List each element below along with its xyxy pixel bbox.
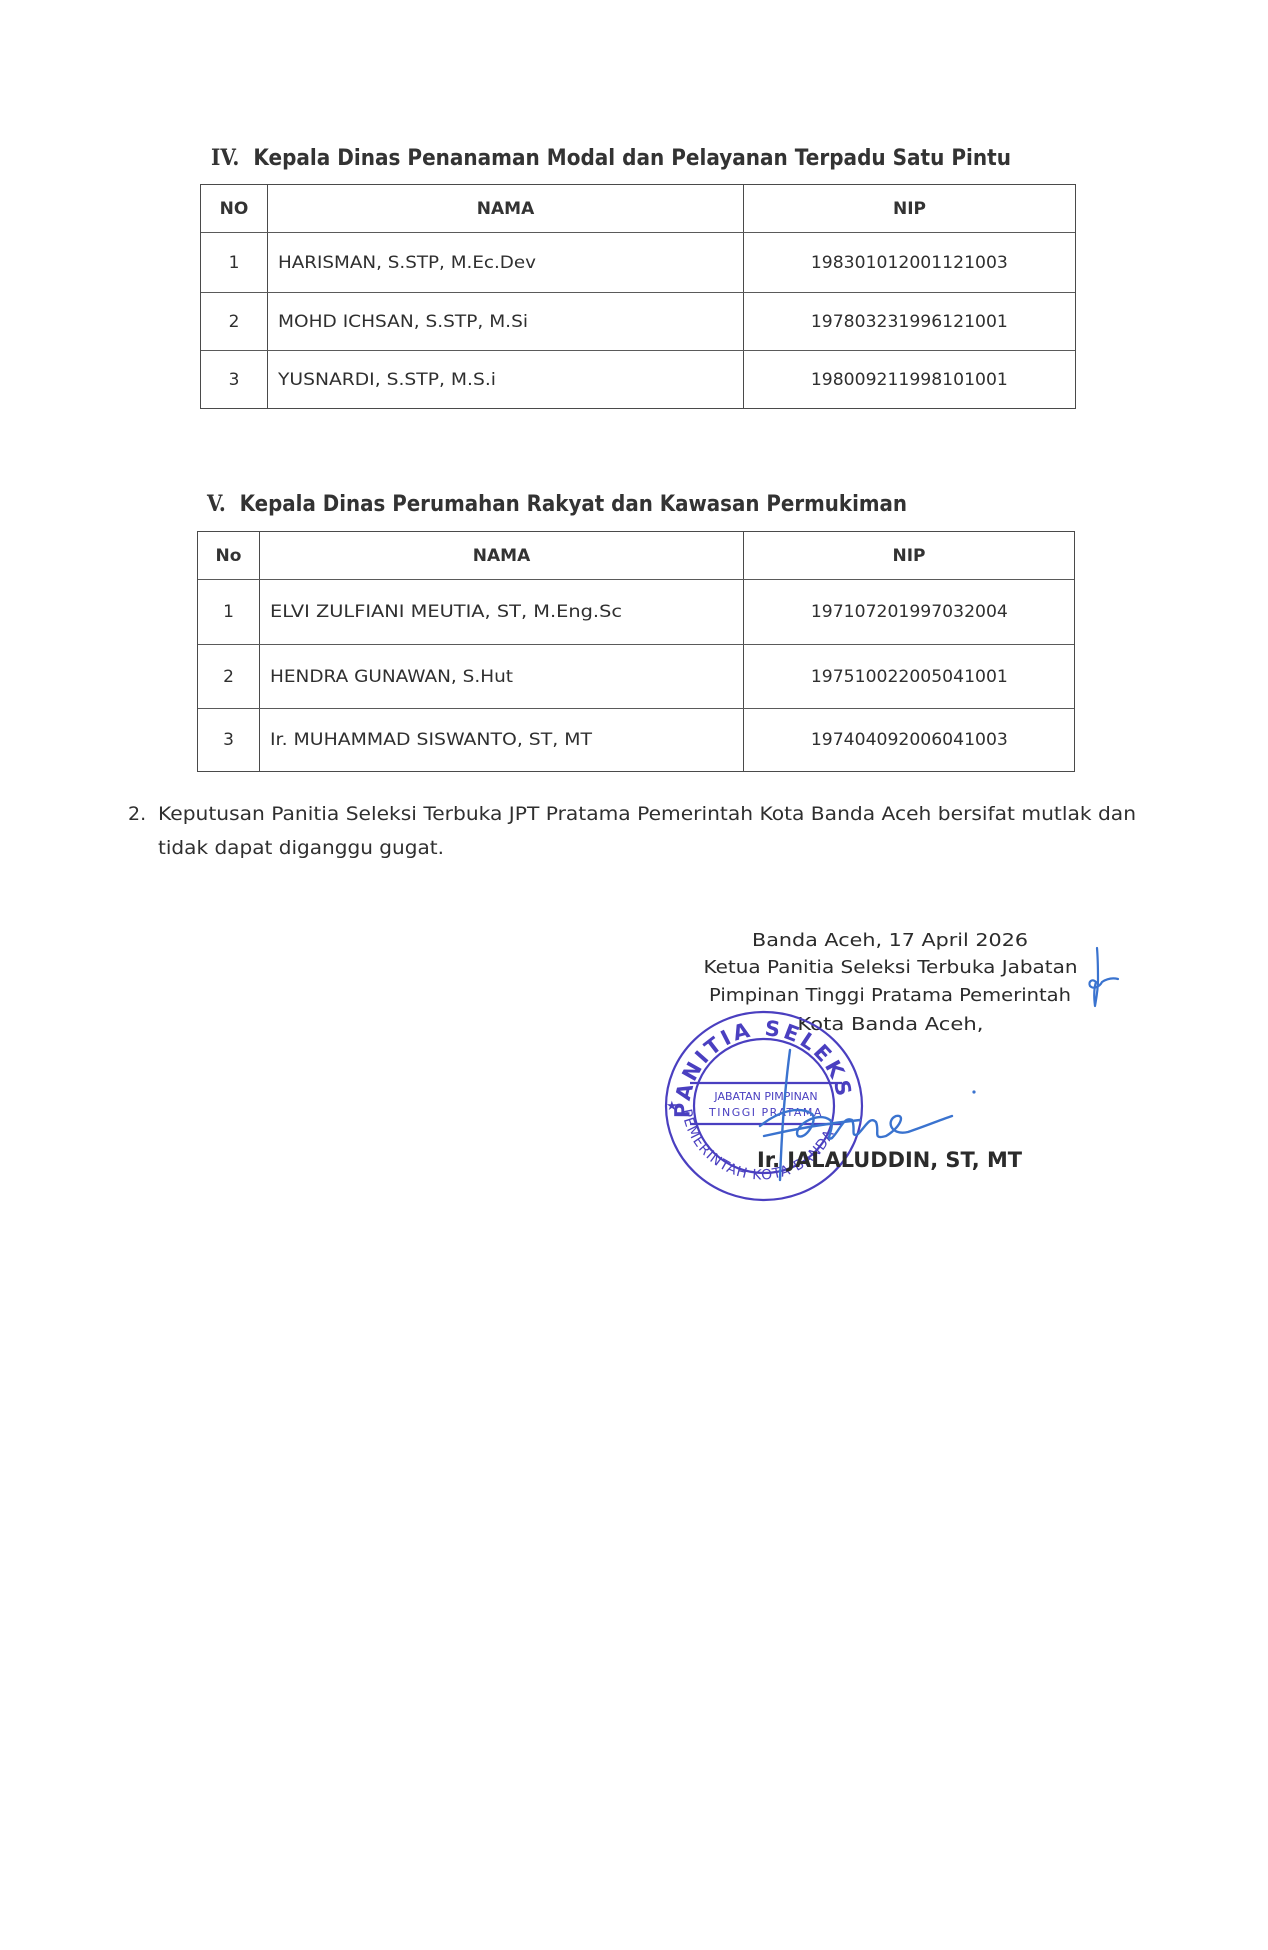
section-number: IV. [211, 145, 239, 171]
table-row: 3 Ir. MUHAMMAD SISWANTO, ST, MT 19740409… [198, 708, 1074, 771]
row-name: ELVI ZULFIANI MEUTIA, ST, M.Eng.Sc [259, 580, 743, 644]
row-nip: 197107201997032004 [743, 580, 1074, 644]
row-nip: 197404092006041003 [743, 709, 1074, 771]
table-row: 3 YUSNARDI, S.STP, M.S.i 198009211998101… [201, 350, 1075, 408]
signature-title-line-2: Pimpinan Tinggi Pratama Pemerintah [700, 985, 1080, 1006]
row-name: YUSNARDI, S.STP, M.S.i [267, 351, 743, 408]
signature-title-line-1: Ketua Panitia Seleksi Terbuka Jabatan [700, 957, 1080, 978]
section-title: Kepala Dinas Perumahan Rakyat dan Kawasa… [240, 492, 907, 517]
row-nip: 198009211998101001 [743, 351, 1075, 408]
paraf-initial-mark [1086, 946, 1120, 1008]
section-iv-heading: IV. Kepala Dinas Penanaman Modal dan Pel… [211, 145, 1090, 172]
row-name: HENDRA GUNAWAN, S.Hut [259, 645, 743, 708]
table-row: 1 ELVI ZULFIANI MEUTIA, ST, M.Eng.Sc 197… [198, 579, 1074, 644]
table-section-iv: NO NAMA NIP 1 HARISMAN, S.STP, M.Ec.Dev … [200, 184, 1076, 409]
column-header-nip: NIP [743, 532, 1074, 579]
row-no: 3 [201, 351, 267, 408]
section-title: Kepala Dinas Penanaman Modal dan Pelayan… [253, 146, 1011, 171]
table-header-row: No NAMA NIP [198, 532, 1074, 579]
row-nip: 198301012001121003 [743, 233, 1075, 292]
point-2-line-1: Keputusan Panitia Seleksi Terbuka JPT Pr… [158, 803, 1077, 825]
column-header-nama: NAMA [259, 532, 743, 579]
column-header-nama: NAMA [267, 185, 743, 232]
row-name: HARISMAN, S.STP, M.Ec.Dev [267, 233, 743, 292]
row-no: 3 [198, 709, 259, 771]
section-v-heading: V. Kepala Dinas Perumahan Rakyat dan Kaw… [207, 491, 984, 518]
table-section-v: No NAMA NIP 1 ELVI ZULFIANI MEUTIA, ST, … [197, 531, 1075, 772]
row-no: 2 [201, 293, 267, 350]
row-nip: 197803231996121001 [743, 293, 1075, 350]
row-no: 2 [198, 645, 259, 708]
row-no: 1 [201, 233, 267, 292]
row-no: 1 [198, 580, 259, 644]
point-2-number: 2. [128, 803, 146, 825]
signature-place-date: Banda Aceh, 17 April 2026 [700, 930, 1080, 951]
section-number: V. [207, 491, 226, 517]
table-row: 2 MOHD ICHSAN, S.STP, M.Si 1978032319961… [201, 292, 1075, 350]
row-name: Ir. MUHAMMAD SISWANTO, ST, MT [259, 709, 743, 771]
row-nip: 197510022005041001 [743, 645, 1074, 708]
table-row: 2 HENDRA GUNAWAN, S.Hut 1975100220050410… [198, 644, 1074, 708]
point-2-line-2: tidak dapat diganggu gugat. [158, 837, 429, 859]
star-icon: ★ [666, 1099, 678, 1114]
column-header-nip: NIP [743, 185, 1075, 232]
handwritten-signature [720, 1040, 980, 1190]
row-name: MOHD ICHSAN, S.STP, M.Si [267, 293, 743, 350]
column-header-no: NO [201, 185, 267, 232]
table-row: 1 HARISMAN, S.STP, M.Ec.Dev 198301012001… [201, 232, 1075, 292]
table-header-row: NO NAMA NIP [201, 185, 1075, 232]
column-header-no: No [198, 532, 259, 579]
